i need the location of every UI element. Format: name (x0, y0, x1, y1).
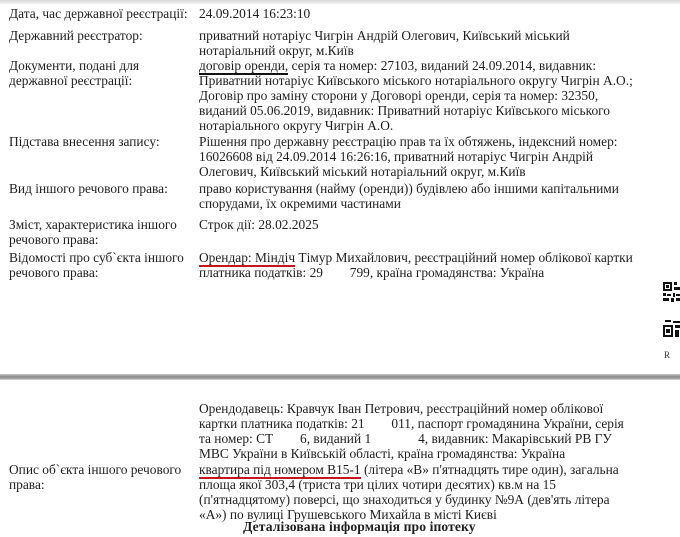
object-description-value: квартира під номером В15-1 (літера «В» п… (199, 462, 639, 522)
redacted-passport: 2333 (273, 431, 300, 446)
lessor-value: Орендодавець: Кравчук Іван Петрович, реє… (199, 401, 639, 461)
subject-value-part2: 799, країна громадянства: Україна (350, 265, 544, 280)
registrar-label: Державний реєстратор: (9, 28, 189, 43)
right-content-label: Зміст, характеристика іншого речового пр… (9, 217, 189, 247)
object-description-label: Опис об`єкта іншого речового права: (9, 462, 189, 492)
documents-label: Документи, подані для державної реєстрац… (9, 58, 189, 88)
basis-value: Рішення про державну реєстрацію прав та … (199, 134, 639, 179)
qr-code-icon (662, 320, 680, 342)
right-type-value: право користування (найму (оренди)) буді… (199, 181, 639, 211)
registration-datetime-label: Дата, час державної реєстрації: (9, 6, 189, 21)
side-letter: R (664, 350, 670, 360)
page-separator (0, 374, 680, 380)
section-title-mortgage: Деталізована інформація про іпотеку (243, 519, 476, 535)
subject-label: Відомості про суб`єкта іншого речового п… (9, 250, 189, 280)
subject-value: Орендар: Міндіч Тімур Михайлович, реєстр… (199, 250, 639, 280)
redacted-tax-number: 2333 (365, 416, 392, 431)
right-content-value: Строк дії: 28.02.2025 (199, 217, 639, 232)
documents-value: договір оренди, серія та номер: 27103, в… (199, 58, 639, 133)
redacted-tax-number: 1469 (323, 265, 350, 280)
qr-code-icon (662, 281, 680, 303)
redacted-date: 4.09.201 (371, 431, 418, 446)
lessor-part3: 6, виданий 1 (300, 431, 371, 446)
basis-label: Підстава внесення запису: (9, 134, 189, 149)
registration-datetime-value: 24.09.2014 16:23:10 (199, 6, 639, 21)
right-type-label: Вид іншого речового права: (9, 181, 189, 196)
top-edge (0, 0, 680, 4)
registrar-value: приватний нотаріус Чигрін Андрій Олегови… (199, 28, 639, 58)
